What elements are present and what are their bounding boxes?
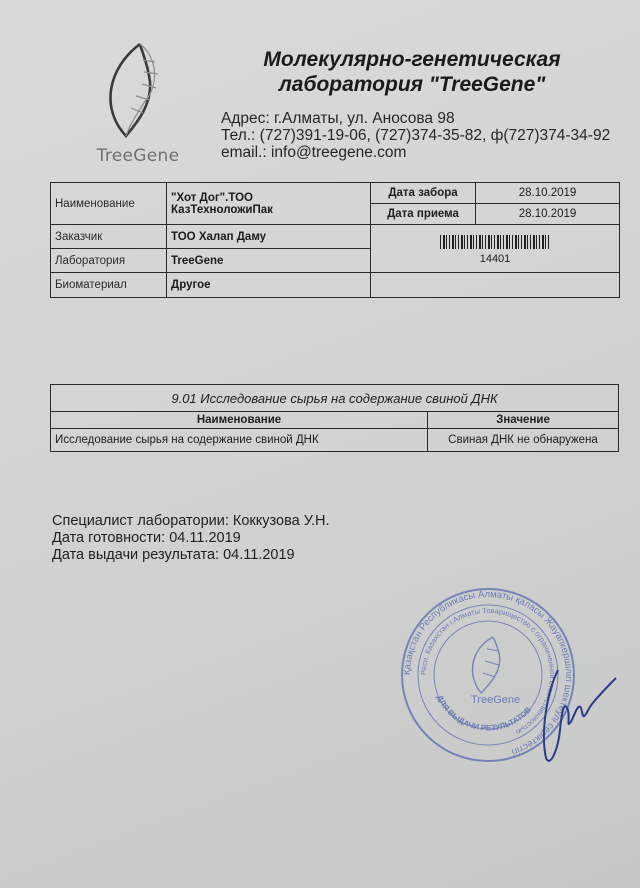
lab-report-page: TreeGene Молекулярно-генетическая лабора… (0, 0, 640, 888)
logo-text: TreeGene (92, 146, 184, 166)
customer-label: Заказчик (51, 225, 167, 249)
name-value-line1: "Хот Дог".ТОО (171, 192, 366, 204)
biomaterial-value: Другое (167, 273, 371, 298)
empty-cell (371, 273, 620, 298)
biomaterial-label: Биоматериал (51, 273, 167, 298)
barcode-icon (440, 235, 550, 249)
name-value-line2: КазТехноложиПак (171, 204, 366, 216)
specialist: Специалист лаборатории: Коккузова У.Н. (52, 513, 330, 530)
barcode-number: 14401 (375, 253, 615, 265)
name-value: "Хот Дог".ТОО КазТехноложиПак (167, 183, 371, 225)
result-value: Свиная ДНК не обнаружена (428, 429, 619, 452)
collection-date-label: Дата забора (371, 183, 476, 204)
lab-title-line2: лаборатория "TreeGene" (232, 72, 592, 97)
email: email.: info@treegene.com (221, 144, 610, 161)
lab-title: Молекулярно-генетическая лаборатория "Tr… (232, 47, 592, 97)
dna-leaf-icon (98, 38, 178, 148)
result-table: 9.01 Исследование сырья на содержание св… (50, 384, 619, 452)
receipt-date-value: 28.10.2019 (476, 204, 620, 225)
address: Адрес: г.Алматы, ул. Аносова 98 (221, 110, 610, 127)
signature-icon (530, 650, 620, 770)
barcode-cell: 14401 (371, 225, 620, 273)
customer-value: ТОО Халап Даму (167, 225, 371, 249)
treegene-logo: TreeGene (90, 38, 185, 170)
lab-title-line1: Молекулярно-генетическая (232, 47, 592, 72)
collection-date-value: 28.10.2019 (476, 183, 620, 204)
column-header-name: Наименование (51, 412, 428, 429)
stamp-center-text: TreeGene (471, 694, 520, 706)
table-row: Исследование сырья на содержание свиной … (51, 429, 619, 452)
result-name: Исследование сырья на содержание свиной … (51, 429, 428, 452)
name-label: Наименование (51, 183, 167, 225)
ready-date: Дата готовности: 04.11.2019 (52, 530, 330, 547)
issue-date: Дата выдачи результата: 04.11.2019 (52, 547, 330, 564)
lab-label: Лаборатория (51, 249, 167, 273)
sample-info-table: Наименование "Хот Дог".ТОО КазТехноложиП… (50, 182, 620, 298)
receipt-date-label: Дата приема (371, 204, 476, 225)
report-footer: Специалист лаборатории: Коккузова У.Н. Д… (52, 513, 330, 564)
contact-info: Адрес: г.Алматы, ул. Аносова 98 Тел.: (7… (221, 110, 610, 161)
phones: Тел.: (727)391-19-06, (727)374-35-82, ф(… (221, 127, 610, 144)
lab-value: TreeGene (167, 249, 371, 273)
result-title: 9.01 Исследование сырья на содержание св… (51, 385, 619, 412)
column-header-value: Значение (428, 412, 619, 429)
